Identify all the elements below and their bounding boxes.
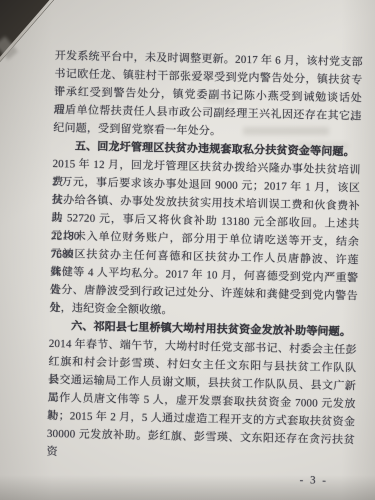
text-lines: 开发系统平台中，未及时调整更新。2017 年 6 月，该村党支部书记欧任龙、镇驻… [47,47,363,449]
document-text: 开发系统平台中，未及时调整更新。2017 年 6 月，该村党支部书记欧任龙、镇驻… [46,47,363,490]
page-number: - 3 - [46,466,354,490]
paper-page: 开发系统平台中，未及时调整更新。2017 年 6 月，该村党支部书记欧任龙、镇驻… [0,0,375,500]
document-photo: 开发系统平台中，未及时调整更新。2017 年 6 月，该村党支部书记欧任龙、镇驻… [0,0,375,500]
